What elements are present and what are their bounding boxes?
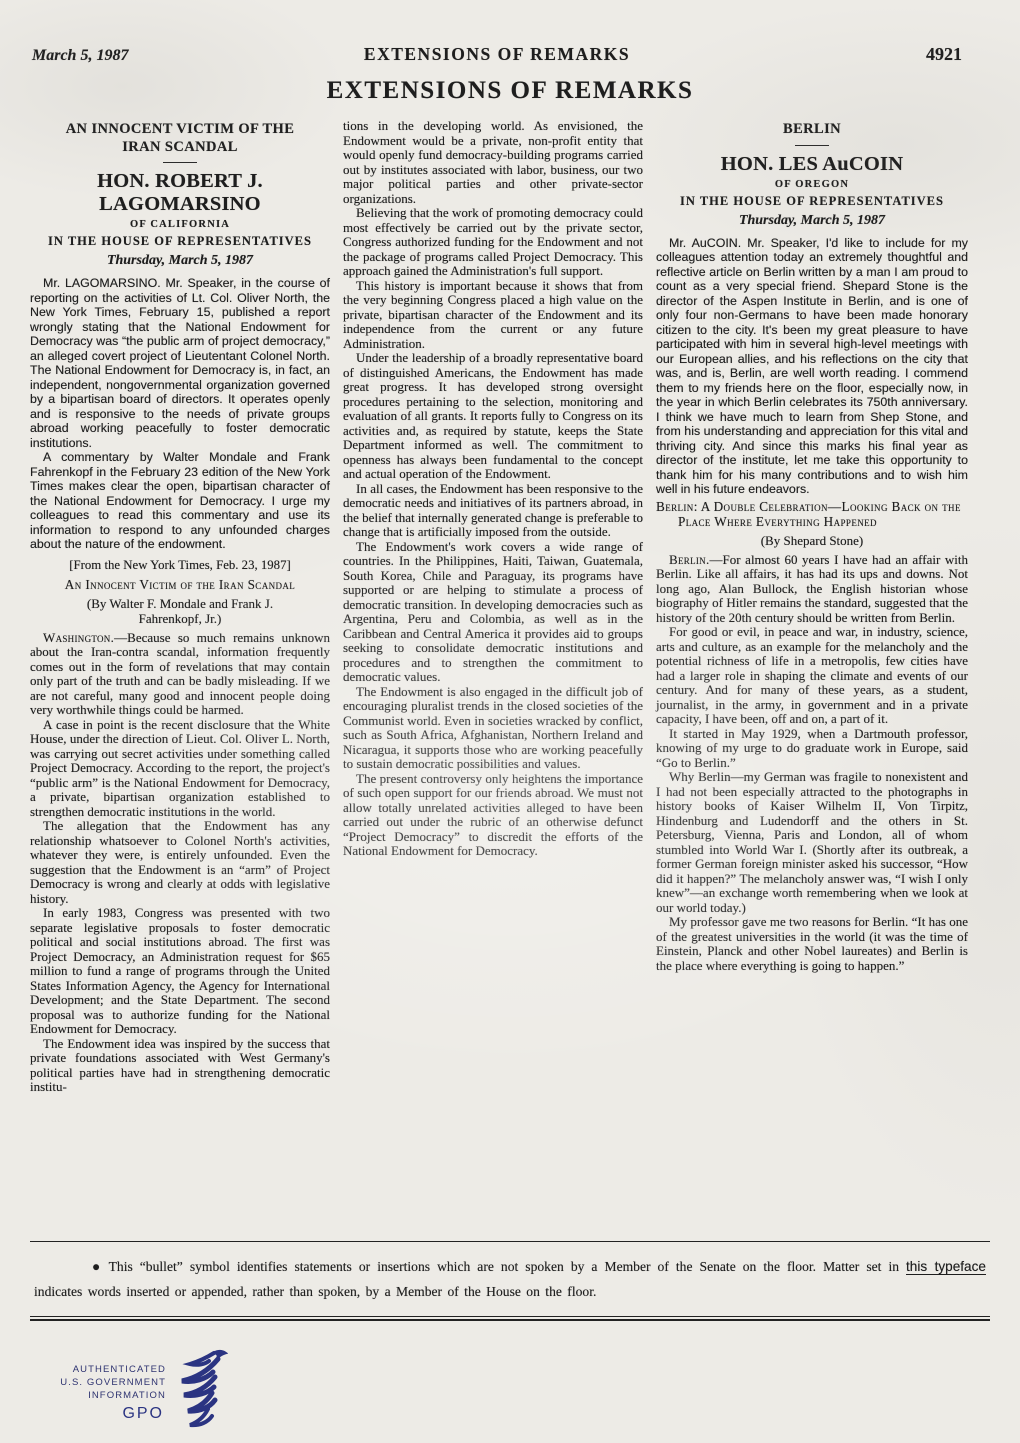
article1-paragraph: The present controversy only heightens t… xyxy=(343,772,643,859)
article2-reprint-title: Berlin: A Double Celebration—Looking Bac… xyxy=(656,499,968,529)
article1-member-state: OF CALIFORNIA xyxy=(30,219,330,230)
article1-paragraph: In all cases, the Endowment has been res… xyxy=(343,482,643,540)
footer-note: ● This “bullet” symbol identifies statem… xyxy=(30,1241,990,1316)
header-running-title: EXTENSIONS OF REMARKS xyxy=(364,44,630,65)
article1-paragraph: A case in point is the recent disclosure… xyxy=(30,718,330,820)
congressional-record-page: March 5, 1987 EXTENSIONS OF REMARKS 4921… xyxy=(0,0,1020,1443)
footer-typeface-sample: this typeface xyxy=(906,1259,986,1274)
article1-paragraph: The allegation that the Endowment has an… xyxy=(30,819,330,906)
article1-member-name: HON. ROBERT J. LAGOMARSINO xyxy=(30,170,330,216)
article1-paragraph: Believing that the work of promoting dem… xyxy=(343,206,643,279)
article1-paragraph: The Endowment is also engaged in the dif… xyxy=(343,685,643,772)
gpo-authentication-seal: AUTHENTICATED U.S. GOVERNMENT INFORMATIO… xyxy=(58,1345,228,1437)
article1-paragraph: In early 1983, Congress was presented wi… xyxy=(30,906,330,1037)
article1-date: Thursday, March 5, 1987 xyxy=(30,253,330,269)
footer-note-text: ● This “bullet” symbol identifies statem… xyxy=(34,1254,986,1304)
article2-member-state: OF OREGON xyxy=(656,179,968,190)
footer-line2-pre: Matter set in xyxy=(823,1259,906,1274)
article1-byline: (By Walter F. Mondale and Frank J. Fahre… xyxy=(55,596,305,626)
article2-title: BERLIN xyxy=(692,121,932,139)
header-date: March 5, 1987 xyxy=(32,47,364,65)
page-title: EXTENSIONS OF REMARKS xyxy=(0,77,1020,105)
article2-chamber: IN THE HOUSE OF REPRESENTATIVES xyxy=(656,194,968,209)
seal-line3: INFORMATION xyxy=(60,1389,166,1402)
gpo-eagle-icon xyxy=(162,1345,228,1437)
article1-source-citation: [From the New York Times, Feb. 23, 1987] xyxy=(30,558,330,573)
article2-date: Thursday, March 5, 1987 xyxy=(656,213,968,229)
gpo-logo-text: GPO xyxy=(122,1405,164,1423)
article2-paragraph: My professor gave me two reasons for Ber… xyxy=(656,915,968,973)
column-2: tions in the developing world. As envisi… xyxy=(343,119,643,1231)
column-1: AN INNOCENT VICTIM OF THE IRAN SCANDAL H… xyxy=(30,119,330,1231)
title-rule xyxy=(163,162,197,163)
article2-paragraph: Berlin.—For almost 60 years I have had a… xyxy=(656,553,968,626)
bottom-double-rule xyxy=(30,1316,990,1321)
seal-line2: U.S. GOVERNMENT xyxy=(60,1376,166,1389)
dateline: Berlin. xyxy=(669,552,710,567)
article1-paragraph: Under the leadership of a broadly repres… xyxy=(343,351,643,482)
article1-paragraph: The Endowment idea was inspired by the s… xyxy=(30,1037,330,1095)
title-rule xyxy=(795,145,829,146)
seal-line1: AUTHENTICATED xyxy=(60,1363,166,1376)
article2-spoken-paragraph: Mr. AuCOIN. Mr. Speaker, I'd like to inc… xyxy=(656,236,968,497)
article2-member-name: HON. LES AuCOIN xyxy=(656,153,968,176)
header-page-number: 4921 xyxy=(630,44,962,65)
article1-reprint-title: An Innocent Victim of the Iran Scandal xyxy=(30,577,330,592)
article1-spoken-paragraph: A commentary by Walter Mondale and Frank… xyxy=(30,450,330,552)
article2-paragraph: For good or evil, in peace and war, in i… xyxy=(656,625,968,727)
footer-line2-post: indicates words inserted or appended, ra… xyxy=(34,1284,596,1299)
article1-paragraph: The Endowment's work covers a wide range… xyxy=(343,540,643,685)
article1-title: AN INNOCENT VICTIM OF THE IRAN SCANDAL xyxy=(60,121,300,156)
article1-paragraph: Washington.—Because so much remains unkn… xyxy=(30,631,330,718)
bullet-symbol-icon: ● xyxy=(92,1259,102,1274)
article1-spoken-paragraph: Mr. LAGOMARSINO. Mr. Speaker, in the cou… xyxy=(30,276,330,450)
article1-paragraph-continued: tions in the developing world. As envisi… xyxy=(343,119,643,206)
running-head: March 5, 1987 EXTENSIONS OF REMARKS 4921 xyxy=(0,0,1020,65)
article2-byline: (By Shepard Stone) xyxy=(687,533,937,548)
dateline: Washington. xyxy=(43,630,114,645)
footer-line1: This “bullet” symbol identifies statemen… xyxy=(102,1259,816,1274)
text-columns: AN INNOCENT VICTIM OF THE IRAN SCANDAL H… xyxy=(0,119,1020,1231)
article1-chamber: IN THE HOUSE OF REPRESENTATIVES xyxy=(30,234,330,249)
article1-paragraph: This history is important because it sho… xyxy=(343,279,643,352)
article2-paragraph: It started in May 1929, when a Dartmouth… xyxy=(656,727,968,771)
gpo-seal-text: AUTHENTICATED U.S. GOVERNMENT INFORMATIO… xyxy=(60,1363,166,1402)
column-3: BERLIN HON. LES AuCOIN OF OREGON IN THE … xyxy=(656,119,968,1231)
article2-paragraph: Why Berlin—my German was fragile to none… xyxy=(656,770,968,915)
